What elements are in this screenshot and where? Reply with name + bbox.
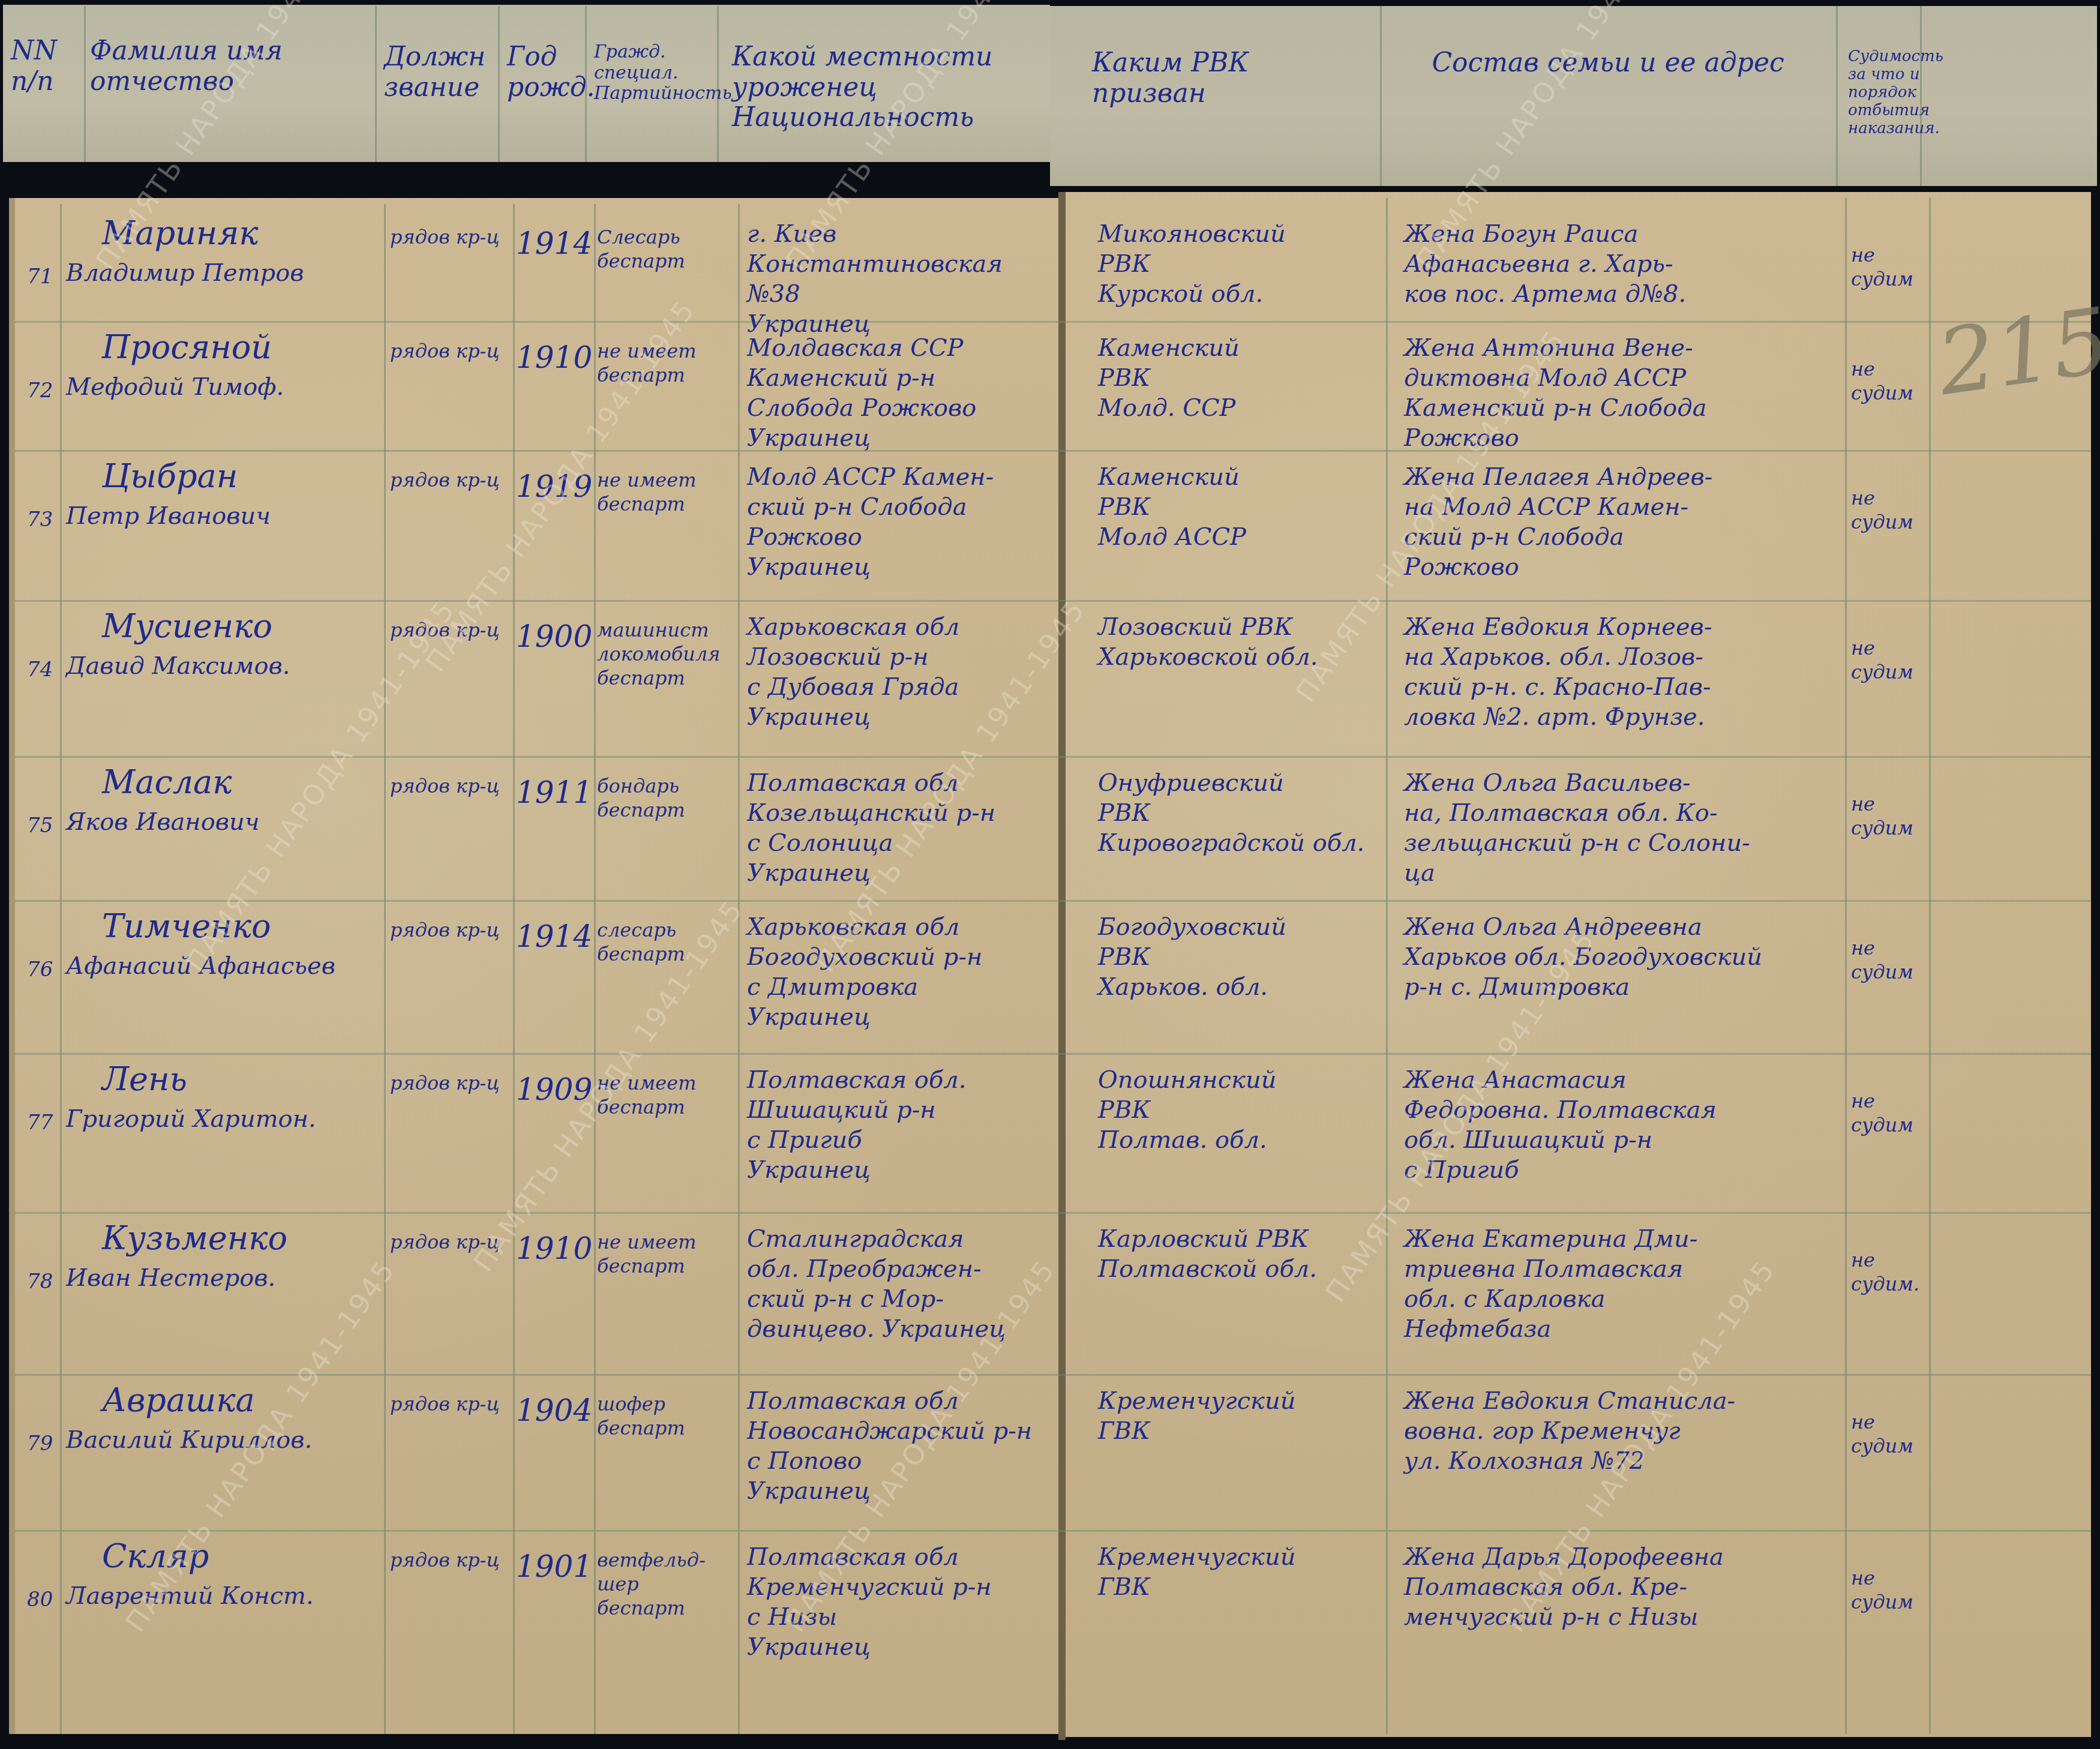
header-rule xyxy=(1380,6,1382,186)
cell-rvk: Онуфриевский РВК Кировоградской обл. xyxy=(1098,768,1380,858)
cell-court: не судим xyxy=(1851,1089,1929,1137)
cell-year: 1910 xyxy=(516,339,594,377)
header-col-name: Фамилия имя отчество xyxy=(90,36,372,97)
cell-family: Жена Пелагея Андреев- на Молд АССР Камен… xyxy=(1404,462,1842,582)
cell-rank: рядов кр-ц xyxy=(390,1071,510,1095)
cell-court: не судим xyxy=(1851,792,1929,840)
cell-num: 80 xyxy=(27,1587,63,1613)
header-rule xyxy=(498,6,500,162)
header-col-number: NN п/п xyxy=(11,36,83,97)
cell-court: не судим xyxy=(1851,1566,1929,1614)
cell-given: Давид Максимов. xyxy=(66,651,390,681)
row-divider xyxy=(15,1053,2091,1055)
cell-civil: не имеет беспарт xyxy=(597,1071,741,1119)
cell-rvk: Каменский РВК Молд АССР xyxy=(1098,462,1380,552)
cell-origin: Полтавская обл Кременчугский р-н с Низы … xyxy=(747,1542,1059,1662)
column-rule xyxy=(513,204,515,1734)
cell-court: не судим xyxy=(1851,486,1929,534)
cell-rank: рядов кр-ц xyxy=(390,774,510,798)
header-col-civil: Гражд. специал. Партийность xyxy=(594,42,714,104)
header-col-court: Судимость за что и порядок отбытия наказ… xyxy=(1848,48,1920,137)
cell-rank: рядов кр-ц xyxy=(390,1548,510,1572)
cell-civil: не имеет беспарт xyxy=(597,1230,741,1278)
cell-year: 1914 xyxy=(516,225,594,263)
cell-year: 1901 xyxy=(516,1548,594,1586)
cell-surname: Мусиенко xyxy=(102,606,378,647)
cell-rvk: Опошнянский РВК Полтав. обл. xyxy=(1098,1065,1380,1155)
cell-family: Жена Дарья Дорофеевна Полтавская обл. Кр… xyxy=(1404,1542,1842,1632)
cell-surname: Лень xyxy=(102,1059,378,1100)
cell-rank: рядов кр-ц xyxy=(390,918,510,942)
row-divider xyxy=(15,1374,2091,1376)
cell-rank: рядов кр-ц xyxy=(390,618,510,642)
cell-rvk: Лозовский РВК Харьковской обл. xyxy=(1098,612,1380,672)
column-rule xyxy=(594,204,596,1734)
header-col-family: Состав семьи и ее адрес xyxy=(1398,48,1818,79)
cell-num: 71 xyxy=(27,264,63,290)
cell-rvk: Каменский РВК Молд. ССР xyxy=(1098,333,1380,423)
cell-surname: Кузьменко xyxy=(102,1218,378,1259)
cell-num: 78 xyxy=(27,1269,63,1295)
cell-num: 77 xyxy=(27,1110,63,1136)
cell-year: 1919 xyxy=(516,468,594,506)
cell-surname: Мариняк xyxy=(102,213,378,254)
cell-origin: Молд АССР Камен- ский р-н Слобода Рожков… xyxy=(747,462,1059,582)
cell-surname: Просяной xyxy=(102,327,378,368)
cell-given: Григорий Харитон. xyxy=(66,1104,390,1134)
column-rule xyxy=(1386,198,1388,1734)
cell-rvk: Карловский РВК Полтавской обл. xyxy=(1098,1224,1380,1284)
cell-given: Яков Иванович xyxy=(66,807,390,837)
cell-surname: Тимченко xyxy=(102,906,378,947)
cell-rank: рядов кр-ц xyxy=(390,1392,510,1416)
cell-given: Мефодий Тимоф. xyxy=(66,372,390,402)
row-divider xyxy=(15,900,2091,902)
cell-family: Жена Ольга Андреевна Харьков обл. Богоду… xyxy=(1404,912,1842,1002)
cell-family: Жена Анастасия Федоровна. Полтавская обл… xyxy=(1404,1065,1842,1185)
cell-num: 79 xyxy=(27,1431,63,1457)
cell-family: Жена Евдокия Корнеев- на Харьков. обл. Л… xyxy=(1404,612,1842,732)
cell-rvk: Кременчугский ГВК xyxy=(1098,1386,1380,1446)
header-col-rvk: Каким РВК призван xyxy=(1092,48,1368,109)
cell-origin: Молдавская ССР Каменский р-н Слобода Рож… xyxy=(747,333,1059,453)
cell-num: 73 xyxy=(27,507,63,533)
header-col-origin: Какой местности уроженец Национальность xyxy=(732,42,1044,133)
cell-rvk: Микояновский РВК Курской обл. xyxy=(1098,219,1380,309)
cell-year: 1910 xyxy=(516,1230,594,1268)
cell-year: 1914 xyxy=(516,918,594,956)
header-col-year: Год рожд. xyxy=(507,42,585,103)
header-rule xyxy=(375,6,377,162)
cell-civil: бондарь беспарт xyxy=(597,774,741,822)
cell-court: не судим xyxy=(1851,636,1929,684)
cell-family: Жена Екатерина Дми- триевна Полтавская о… xyxy=(1404,1224,1842,1344)
column-rule xyxy=(1845,198,1847,1734)
cell-court: не судим xyxy=(1851,243,1929,291)
cell-rank: рядов кр-ц xyxy=(390,339,510,363)
cell-given: Василий Кириллов. xyxy=(66,1425,390,1455)
cell-year: 1909 xyxy=(516,1071,594,1109)
cell-family: Жена Ольга Васильев- на, Полтавская обл.… xyxy=(1404,768,1842,888)
cell-civil: ветфельд- шер беспарт xyxy=(597,1548,741,1620)
cell-family: Жена Богун Раиса Афанасьевна г. Харь- ко… xyxy=(1404,219,1842,309)
cell-given: Лаврентий Конст. xyxy=(66,1581,390,1611)
cell-civil: шофер беспарт xyxy=(597,1392,741,1440)
cell-court: не судим xyxy=(1851,936,1929,984)
cell-rvk: Кременчугский ГВК xyxy=(1098,1542,1380,1602)
cell-surname: Цыбран xyxy=(102,456,378,497)
cell-origin: Полтавская обл. Шишацкий р-н с Пригиб Ук… xyxy=(747,1065,1059,1185)
cell-origin: г. Киев Константиновская №38 Украинец xyxy=(747,219,1059,339)
cell-rank: рядов кр-ц xyxy=(390,1230,510,1254)
cell-family: Жена Евдокия Станисла- вовна. гор Кремен… xyxy=(1404,1386,1842,1476)
cell-rank: рядов кр-ц xyxy=(390,468,510,492)
cell-num: 74 xyxy=(27,657,63,683)
cell-civil: машинист локомобиля беспарт xyxy=(597,618,741,690)
cell-year: 1900 xyxy=(516,618,594,656)
cell-origin: Харьковская обл Богодуховский р-н с Дмит… xyxy=(747,912,1059,1032)
cell-num: 76 xyxy=(27,957,63,983)
header-rule xyxy=(1920,6,1922,186)
cell-court: не судим. xyxy=(1851,1248,1929,1296)
row-divider xyxy=(15,1530,2091,1532)
row-divider xyxy=(15,1212,2091,1214)
cell-civil: Слесарь беспарт xyxy=(597,225,741,273)
cell-civil: не имеет беспарт xyxy=(597,339,741,387)
cell-origin: Полтавская обл Новосанджарский р-н с Поп… xyxy=(747,1386,1059,1506)
cell-court: не судим xyxy=(1851,1410,1929,1458)
cell-civil: слесарь беспарт xyxy=(597,918,741,966)
cell-civil: не имеет беспарт xyxy=(597,468,741,516)
cell-surname: Аврашка xyxy=(102,1380,378,1421)
cell-origin: Сталинградская обл. Преображен- ский р-н… xyxy=(747,1224,1059,1344)
cell-year: 1904 xyxy=(516,1392,594,1430)
cell-num: 72 xyxy=(27,378,63,404)
cell-given: Владимир Петров xyxy=(66,258,390,288)
cell-surname: Скляр xyxy=(102,1536,378,1577)
cell-num: 75 xyxy=(27,813,63,839)
cell-origin: Харьковская обл Лозовский р-н с Дубовая … xyxy=(747,612,1059,732)
row-divider xyxy=(15,756,2091,758)
cell-surname: Маслак xyxy=(102,762,378,803)
book-spine xyxy=(1058,192,1066,1740)
column-rule xyxy=(738,204,740,1734)
cell-year: 1911 xyxy=(516,774,594,812)
cell-given: Иван Нестеров. xyxy=(66,1263,390,1293)
header-rule xyxy=(1836,6,1838,186)
cell-family: Жена Антонина Вене- диктовна Молд АССР К… xyxy=(1404,333,1842,453)
cell-given: Афанасий Афанасьев xyxy=(66,951,390,981)
cell-court: не судим xyxy=(1851,357,1929,405)
header-rule xyxy=(84,6,86,162)
cell-rvk: Богодуховский РВК Харьков. обл. xyxy=(1098,912,1380,1002)
column-rule xyxy=(1929,198,1931,1734)
cell-origin: Полтавская обл Козельщанский р-н с Солон… xyxy=(747,768,1059,888)
cell-given: Петр Иванович xyxy=(66,501,390,531)
row-divider xyxy=(15,600,2091,602)
header-col-rank: Должн звание xyxy=(384,42,498,103)
cell-rank: рядов кр-ц xyxy=(390,225,510,249)
